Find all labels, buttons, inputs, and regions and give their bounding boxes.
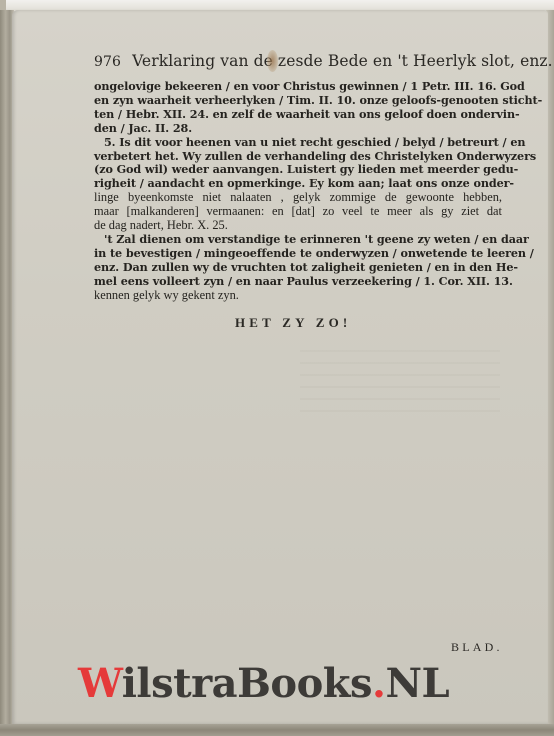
text-line: kennen gelyk wy gekent zyn.	[94, 289, 502, 303]
text-line: den / Jac. II. 28.	[94, 122, 502, 136]
watermark-logo: WilstraBooks.NL	[78, 660, 449, 708]
running-header: 976 Verklaring van de zesde Bede en 't H…	[94, 52, 514, 70]
text-line: en zyn waarheit verheerlyken / Tim. II. …	[94, 94, 502, 108]
text-line: enz. Dan zullen wy de vruchten tot zalig…	[94, 261, 502, 275]
watermark-dot: .	[372, 660, 385, 707]
body-text: ongelovige bekeeren / en voor Christus g…	[94, 80, 502, 303]
text-line: linge byeenkomste niet nalaaten , gelyk …	[94, 191, 502, 205]
text-line: (zo God wil) weder aanvangen. Luistert g…	[94, 163, 502, 177]
text-line: 't Zal dienen om verstandige te erinnere…	[94, 233, 502, 247]
watermark-initial: W	[78, 660, 122, 707]
text-line: righeit / aandacht en opmerkinge. Ey kom…	[94, 177, 502, 191]
running-title: Verklaring van de zesde Bede en 't Heerl…	[132, 52, 553, 70]
paper-stain	[267, 50, 278, 72]
book-bottom-edge	[0, 724, 554, 736]
closing-phrase: HET ZY ZO!	[235, 315, 351, 331]
bleed-through-text	[300, 340, 500, 420]
text-line: mel eens volleert zyn / en naar Paulus v…	[94, 275, 502, 289]
text-line: ongelovige bekeeren / en voor Christus g…	[94, 80, 502, 94]
text-line: ten / Hebr. XII. 24. en zelf de waarheit…	[94, 108, 502, 122]
watermark-name: ilstraBooks	[122, 660, 372, 707]
text-line: maar [malkanderen] vermaanen: en [dat] z…	[94, 205, 502, 219]
text-line: 5. Is dit voor heenen van u niet recht g…	[94, 136, 502, 150]
text-line: verbetert het. Wy zullen de verhandeling…	[94, 150, 502, 164]
text-line: in te bevestigen / mingeoeffende te onde…	[94, 247, 502, 261]
catchword: BLAD.	[451, 640, 503, 655]
text-line: de dag nadert, Hebr. X. 25.	[94, 219, 502, 233]
watermark-suffix: NL	[385, 660, 449, 707]
page-number: 976	[94, 54, 121, 70]
